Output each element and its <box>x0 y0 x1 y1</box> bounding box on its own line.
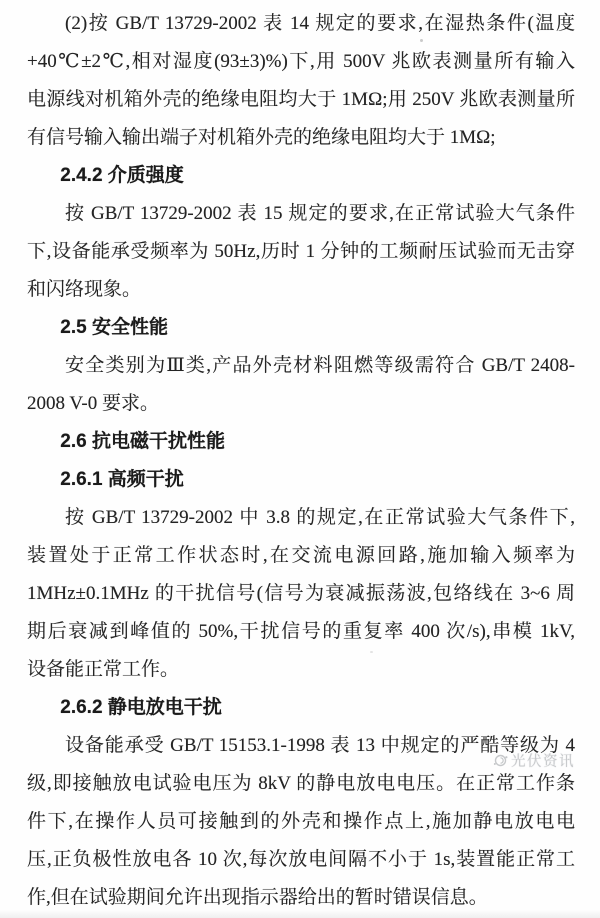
text-line: (2)按 GB/T 13729-2002 表 14 规定的要求,在湿热条件(温度 <box>27 5 575 43</box>
scan-speck <box>420 39 423 42</box>
text-line: 设备能正常工作。 <box>27 651 575 689</box>
text-line: 压,正负极性放电各 10 次,每次放电间隔不小于 1s,装置能正常工 <box>27 841 575 879</box>
text-line: 下,设备能承受频率为 50Hz,历时 1 分钟的工频耐压试验而无击穿 <box>27 233 575 271</box>
text-line: 件下,在操作人员可接触到的外壳和操作点上,施加静电放电电 <box>27 803 575 841</box>
text-line: 按 GB/T 13729-2002 表 15 规定的要求,在正常试验大气条件 <box>27 195 575 233</box>
text-line: 期后衰减到峰值的 50%,干扰信号的重复率 400 次/s),串模 1kV, <box>27 613 575 651</box>
section-heading: 2.5 安全性能 <box>27 309 575 347</box>
text-line: +40℃±2℃,相对湿度(93±3)%)下,用 500V 兆欧表测量所有输入 <box>27 43 575 81</box>
scanned-document-page: (2)按 GB/T 13729-2002 表 14 规定的要求,在湿热条件(温度… <box>0 0 600 918</box>
text-line: 有信号输入输出端子对机箱外壳的绝缘电阻均大于 1MΩ; <box>27 119 575 157</box>
text-line: 和闪络现象。 <box>27 271 575 309</box>
page-bottom-shade <box>0 910 600 918</box>
section-heading: 2.6.2 静电放电干扰 <box>27 689 575 727</box>
text-line: 级,即接触放电试验电压为 8kV 的静电放电电压。在正常工作条 <box>27 765 575 803</box>
text-line: 安全类别为Ⅲ类,产品外壳材料阻燃等级需符合 GB/T 2408- <box>27 347 575 385</box>
section-heading: 2.6.1 高频干扰 <box>27 461 575 499</box>
text-line: 1MHz±0.1MHz 的干扰信号(信号为衰减振荡波,包络线在 3~6 周 <box>27 575 575 613</box>
text-line: 2008 V-0 要求。 <box>27 385 575 423</box>
text-line: 按 GB/T 13729-2002 中 3.8 的规定,在正常试验大气条件下, <box>27 499 575 537</box>
text-line: 装置处于正常工作状态时,在交流电源回路,施加输入频率为 <box>27 537 575 575</box>
text-line: 设备能承受 GB/T 15153.1-1998 表 13 中规定的严酷等级为 4 <box>27 727 575 765</box>
document-body: (2)按 GB/T 13729-2002 表 14 规定的要求,在湿热条件(温度… <box>27 5 575 917</box>
text-line: 电源线对机箱外壳的绝缘电阻均大于 1MΩ;用 250V 兆欧表测量所 <box>27 81 575 119</box>
section-heading: 2.6 抗电磁干扰性能 <box>27 423 575 461</box>
section-heading: 2.4.2 介质强度 <box>27 157 575 195</box>
scan-speck <box>370 651 373 653</box>
